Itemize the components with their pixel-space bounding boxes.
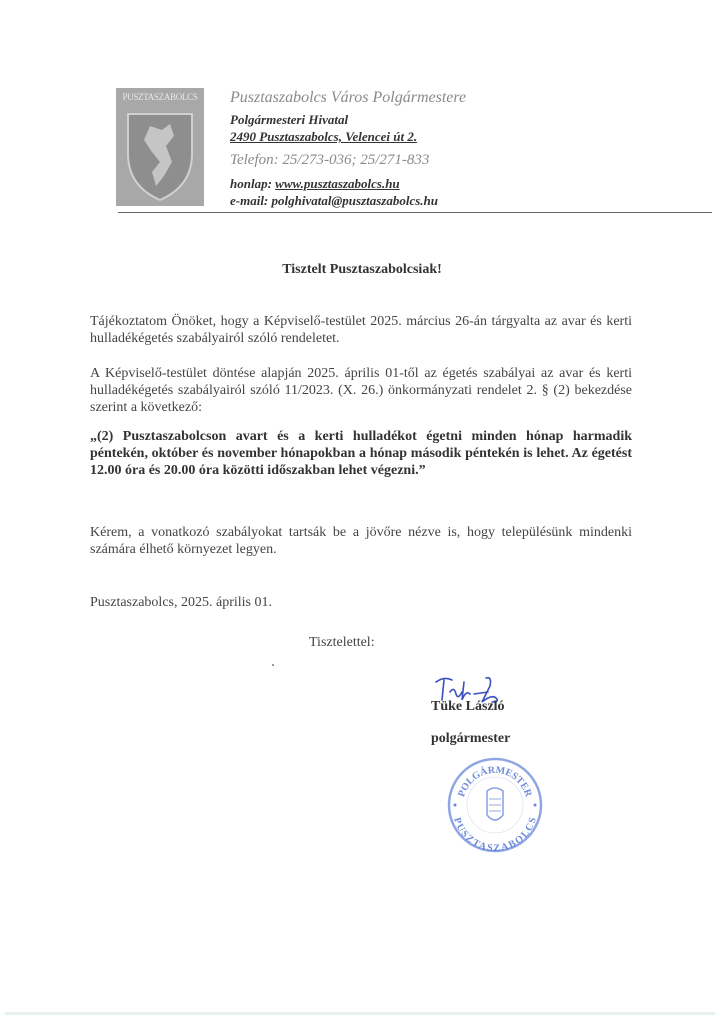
paragraph-2: A Képviselő-testület döntése alapján 202… [90,365,632,416]
signer-title: polgármester [431,731,510,747]
website-link[interactable]: www.pusztaszabolcs.hu [275,176,400,191]
email-link[interactable]: polghivatal@pusztaszabolcs.hu [272,193,439,208]
scan-artifact-line [5,1012,715,1015]
shield-icon [122,106,198,202]
letterhead-website: honlap: www.pusztaszabolcs.hu [230,176,400,192]
regulation-quote: „(2) Pusztaszabolcson avart és a kerti h… [90,428,632,479]
svg-text:PUSZTASZABOLCS: PUSZTASZABOLCS [451,816,539,854]
paragraph-1: Tájékoztatom Önöket, hogy a Képviselő-te… [90,313,632,347]
stamp-top-text: POLGÁRMESTER [456,765,534,799]
greeting: Tisztelt Pusztaszabolcsiak! [0,262,724,278]
stamp-bottom-text: PUSZTASZABOLCS [451,816,539,854]
email-label: e-mail: [230,193,268,208]
header-divider [118,212,712,213]
letterhead-email: e-mail: polghivatal@pusztaszabolcs.hu [230,193,438,209]
letterhead-phone: Telefon: 25/273-036; 25/271-833 [230,152,429,169]
scan-speck [272,664,274,666]
svg-text:POLGÁRMESTER: POLGÁRMESTER [456,765,534,799]
letterhead-title: Pusztaszabolcs Város Polgármestere [230,89,466,107]
logo-text: PUSZTASZABOLCS [116,92,204,102]
date-line: Pusztaszabolcs, 2025. április 01. [90,594,632,611]
paragraph-3: Kérem, a vonatkozó szabályokat tartsák b… [90,524,632,558]
official-stamp-icon: POLGÁRMESTER PUSZTASZABOLCS [445,755,545,855]
letterhead-address: 2490 Pusztaszabolcs, Velencei út 2. [230,129,417,145]
coat-of-arms-logo: PUSZTASZABOLCS [116,88,204,206]
letterhead-office: Polgármesteri Hivatal [230,112,348,128]
signer-name: Tüke László [431,699,505,715]
closing-regards: Tisztelettel: [309,635,375,651]
website-label: honlap: [230,176,272,191]
